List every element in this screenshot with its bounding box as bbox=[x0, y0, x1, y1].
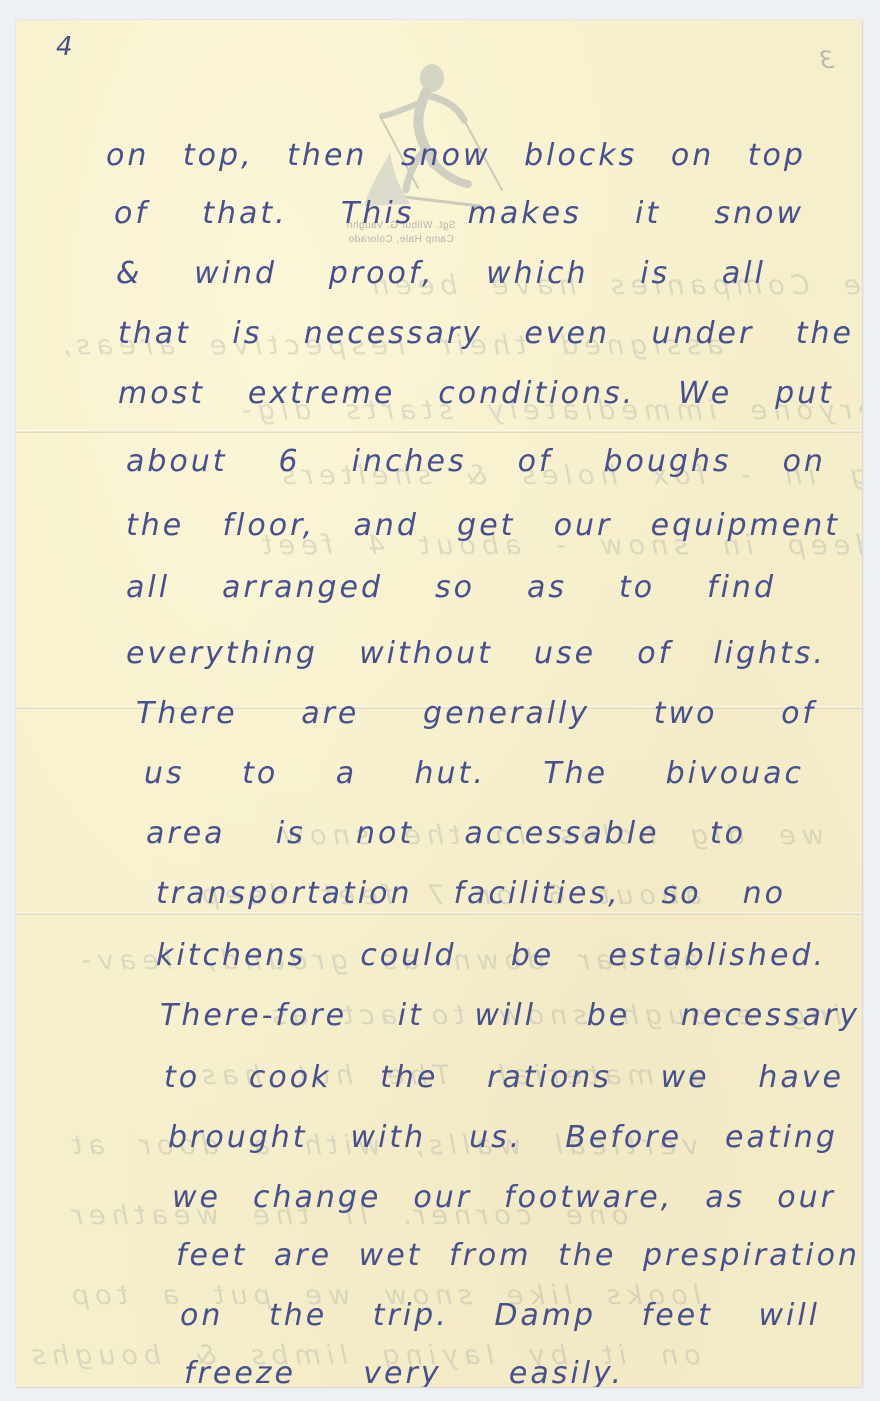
handwritten-line: kitchenscouldbeestablished. bbox=[156, 938, 826, 973]
handwritten-line: transportationfacilities,sono bbox=[156, 876, 786, 911]
handwritten-word: use bbox=[534, 636, 596, 671]
handwritten-word: on bbox=[671, 138, 714, 173]
handwritten-word: prespiration bbox=[643, 1238, 860, 1273]
handwritten-word: as bbox=[705, 1180, 745, 1215]
handwritten-word: top bbox=[748, 138, 806, 173]
handwritten-word: it bbox=[635, 196, 661, 231]
handwritten-word: the bbox=[796, 316, 854, 351]
handwritten-word: bivouac bbox=[666, 756, 804, 791]
handwritten-word: arranged bbox=[222, 570, 383, 605]
handwritten-word: & bbox=[116, 256, 142, 291]
handwritten-word: find bbox=[707, 570, 776, 605]
handwritten-line: about6inchesofboughson bbox=[126, 444, 826, 479]
handwritten-word: is bbox=[276, 816, 306, 851]
handwritten-word: blocks bbox=[524, 138, 637, 173]
handwritten-line: everythingwithoutuseoflights. bbox=[126, 636, 826, 671]
handwritten-word: us. bbox=[469, 1120, 522, 1155]
handwritten-word: 6 bbox=[279, 444, 301, 479]
handwritten-word: eating bbox=[725, 1120, 838, 1155]
handwritten-word: The bbox=[543, 756, 608, 791]
handwritten-word: snow bbox=[401, 138, 491, 173]
letter-paper: 4 3 Sgt. Wilbur G. Vaughn Camp bbox=[16, 20, 862, 1387]
handwritten-word: hut. bbox=[415, 756, 486, 791]
handwritten-line: ustoahut.Thebivouac bbox=[144, 756, 804, 791]
handwritten-word: to bbox=[710, 816, 746, 851]
handwritten-word: There bbox=[136, 696, 238, 731]
handwritten-line: allarrangedsoastofind bbox=[126, 570, 776, 605]
handwritten-word: of bbox=[114, 196, 149, 231]
handwritten-word: our bbox=[554, 508, 613, 543]
handwritten-word: which bbox=[486, 256, 588, 291]
handwritten-word: Before bbox=[565, 1120, 682, 1155]
handwritten-word: established. bbox=[608, 938, 826, 973]
handwritten-word: feet bbox=[176, 1238, 247, 1273]
handwritten-word: everything bbox=[126, 636, 318, 671]
handwritten-word: to bbox=[164, 1060, 200, 1095]
handwritten-word: change bbox=[253, 1180, 381, 1215]
handwritten-word: could bbox=[360, 938, 456, 973]
handwritten-word: the bbox=[558, 1238, 616, 1273]
handwritten-word: that bbox=[118, 316, 191, 351]
handwritten-word: freeze bbox=[184, 1356, 296, 1387]
handwritten-word: of bbox=[781, 696, 816, 731]
handwritten-word: necessary bbox=[304, 316, 483, 351]
handwritten-word: accessable bbox=[464, 816, 659, 851]
handwritten-word: we bbox=[661, 1060, 710, 1095]
handwritten-word: transportation bbox=[156, 876, 412, 911]
letter-body: ontop,thensnowblocksontop ofthat.Thismak… bbox=[16, 20, 862, 1387]
handwritten-word: facilities, bbox=[453, 876, 620, 911]
handwritten-word: is bbox=[232, 316, 262, 351]
handwritten-word: most bbox=[118, 376, 205, 411]
handwritten-word: with bbox=[351, 1120, 427, 1155]
scanned-letter-page: 4 3 Sgt. Wilbur G. Vaughn Camp bbox=[0, 0, 880, 1401]
handwritten-word: makes bbox=[468, 196, 582, 231]
handwritten-line: broughtwithus.Beforeeating bbox=[168, 1120, 838, 1155]
handwritten-word: will bbox=[475, 998, 537, 1033]
handwritten-word: equipment bbox=[651, 508, 840, 543]
handwritten-word: There-fore bbox=[160, 998, 347, 1033]
handwritten-word: of bbox=[518, 444, 553, 479]
handwritten-word: are bbox=[301, 696, 359, 731]
handwritten-word: get bbox=[457, 508, 515, 543]
handwritten-line: freezeveryeasily. bbox=[184, 1356, 624, 1387]
handwritten-word: area bbox=[146, 816, 226, 851]
handwritten-line: wechangeourfootware,asour bbox=[172, 1180, 836, 1215]
handwritten-word: wet bbox=[359, 1238, 423, 1273]
handwritten-word: be bbox=[587, 998, 631, 1033]
handwritten-word: a bbox=[336, 756, 357, 791]
handwritten-word: extreme bbox=[248, 376, 395, 411]
handwritten-word: the bbox=[380, 1060, 438, 1095]
handwritten-word: not bbox=[356, 816, 414, 851]
handwritten-word: easily. bbox=[509, 1356, 624, 1387]
handwritten-word: We bbox=[678, 376, 732, 411]
handwritten-line: mostextremeconditions.Weput bbox=[118, 376, 834, 411]
handwritten-word: have bbox=[758, 1060, 844, 1095]
handwritten-word: so bbox=[435, 570, 475, 605]
handwritten-word: This bbox=[341, 196, 414, 231]
handwritten-line: ofthat.Thismakesitsnow bbox=[114, 196, 804, 231]
handwritten-line: thefloor,andgetourequipment bbox=[126, 508, 840, 543]
handwritten-word: and bbox=[353, 508, 418, 543]
handwritten-word: from bbox=[449, 1238, 531, 1273]
handwritten-word: our bbox=[413, 1180, 472, 1215]
handwritten-word: that. bbox=[202, 196, 287, 231]
handwritten-line: onthetrip.Dampfeetwill bbox=[180, 1298, 820, 1333]
handwritten-word: we bbox=[172, 1180, 221, 1215]
handwritten-word: all bbox=[722, 256, 766, 291]
handwritten-word: very bbox=[363, 1356, 441, 1387]
handwritten-line: &windproof,whichisall bbox=[116, 256, 766, 291]
handwritten-word: as bbox=[527, 570, 567, 605]
handwritten-word: without bbox=[359, 636, 493, 671]
handwritten-word: on bbox=[783, 444, 826, 479]
handwritten-word: conditions. bbox=[438, 376, 635, 411]
handwritten-word: trip. bbox=[373, 1298, 449, 1333]
handwritten-word: under bbox=[651, 316, 754, 351]
handwritten-word: floor, bbox=[222, 508, 315, 543]
handwritten-word: us bbox=[144, 756, 185, 791]
handwritten-word: all bbox=[126, 570, 170, 605]
handwritten-word: proof, bbox=[329, 256, 435, 291]
handwritten-word: our bbox=[777, 1180, 836, 1215]
handwritten-word: footware, bbox=[504, 1180, 673, 1215]
handwritten-word: necessary bbox=[681, 998, 860, 1033]
handwritten-word: snow bbox=[714, 196, 804, 231]
handwritten-word: so bbox=[662, 876, 702, 911]
handwritten-word: no bbox=[743, 876, 786, 911]
handwritten-word: brought bbox=[168, 1120, 308, 1155]
handwritten-word: is bbox=[640, 256, 670, 291]
handwritten-word: lights. bbox=[713, 636, 826, 671]
handwritten-word: of bbox=[637, 636, 672, 671]
handwritten-line: thatisnecessaryevenunderthe bbox=[118, 316, 854, 351]
handwritten-word: rations bbox=[487, 1060, 612, 1095]
handwritten-word: on bbox=[180, 1298, 223, 1333]
handwritten-line: ontop,thensnowblocksontop bbox=[106, 138, 806, 173]
handwritten-word: the bbox=[126, 508, 184, 543]
handwritten-word: then bbox=[287, 138, 367, 173]
handwritten-word: inches bbox=[352, 444, 467, 479]
handwritten-word: put bbox=[775, 376, 834, 411]
handwritten-word: generally bbox=[423, 696, 590, 731]
handwritten-word: to bbox=[619, 570, 655, 605]
handwritten-line: Therearegenerallytwoof bbox=[136, 696, 816, 731]
handwritten-word: will bbox=[758, 1298, 820, 1333]
handwritten-word: Damp bbox=[494, 1298, 596, 1333]
handwritten-word: wind bbox=[194, 256, 277, 291]
handwritten-word: to bbox=[242, 756, 278, 791]
handwritten-word: feet bbox=[642, 1298, 713, 1333]
handwritten-word: even bbox=[524, 316, 610, 351]
handwritten-word: it bbox=[398, 998, 424, 1033]
handwritten-word: two bbox=[654, 696, 718, 731]
handwritten-word: boughs bbox=[603, 444, 731, 479]
handwritten-word: cook bbox=[249, 1060, 332, 1095]
handwritten-word: are bbox=[274, 1238, 332, 1273]
handwritten-line: There-foreitwillbenecessary bbox=[160, 998, 860, 1033]
handwritten-word: top, bbox=[183, 138, 254, 173]
handwritten-word: kitchens bbox=[156, 938, 306, 973]
handwritten-word: be bbox=[511, 938, 555, 973]
handwritten-line: areaisnotaccessableto bbox=[146, 816, 746, 851]
handwritten-word: the bbox=[269, 1298, 327, 1333]
handwritten-word: on bbox=[106, 138, 149, 173]
handwritten-line: tocooktherationswehave bbox=[164, 1060, 844, 1095]
handwritten-word: about bbox=[126, 444, 228, 479]
handwritten-line: feetarewetfromtheprespiration bbox=[176, 1238, 860, 1273]
